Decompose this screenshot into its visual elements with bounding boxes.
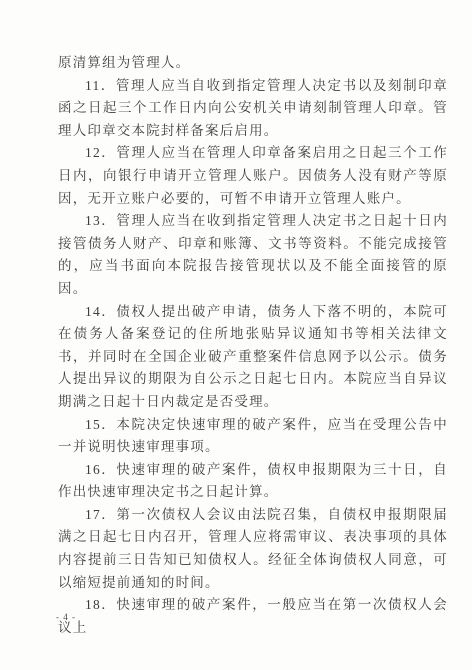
paragraph: 13．管理人应当在收到指定管理人决定书之日起十日内接管债务人财产、印章和账簿、文… [58, 210, 448, 300]
paragraph: 14．债权人提出破产申请，债务人下落不明的，本院可在债务人备案登记的住所地张贴异… [58, 301, 448, 414]
paragraph: 15．本院决定快速审理的破产案件，应当在受理公告中一并说明快速审理事项。 [58, 414, 448, 459]
paragraph: 11．管理人应当自收到指定管理人决定书以及刻制印章函之日起三个工作日内向公安机关… [58, 75, 448, 143]
page-number: - 4 - [56, 612, 76, 622]
document-body: 原清算组为管理人。 11．管理人应当自收到指定管理人决定书以及刻制印章函之日起三… [58, 52, 448, 639]
paragraph: 18．快速审理的破产案件，一般应当在第一次债权人会议上 [58, 594, 448, 639]
paragraph: 16．快速审理的破产案件，债权申报期限为三十日，自作出快速审理决定书之日起计算。 [58, 459, 448, 504]
document-page: 原清算组为管理人。 11．管理人应当自收到指定管理人决定书以及刻制印章函之日起三… [0, 0, 472, 670]
paragraph: 12．管理人应当在管理人印章备案启用之日起三个工作日内，向银行申请开立管理人账户… [58, 142, 448, 210]
paragraph: 17．第一次债权人会议由法院召集，自债权申报期限届满之日起七日内召开，管理人应将… [58, 504, 448, 594]
paragraph: 原清算组为管理人。 [58, 52, 448, 75]
